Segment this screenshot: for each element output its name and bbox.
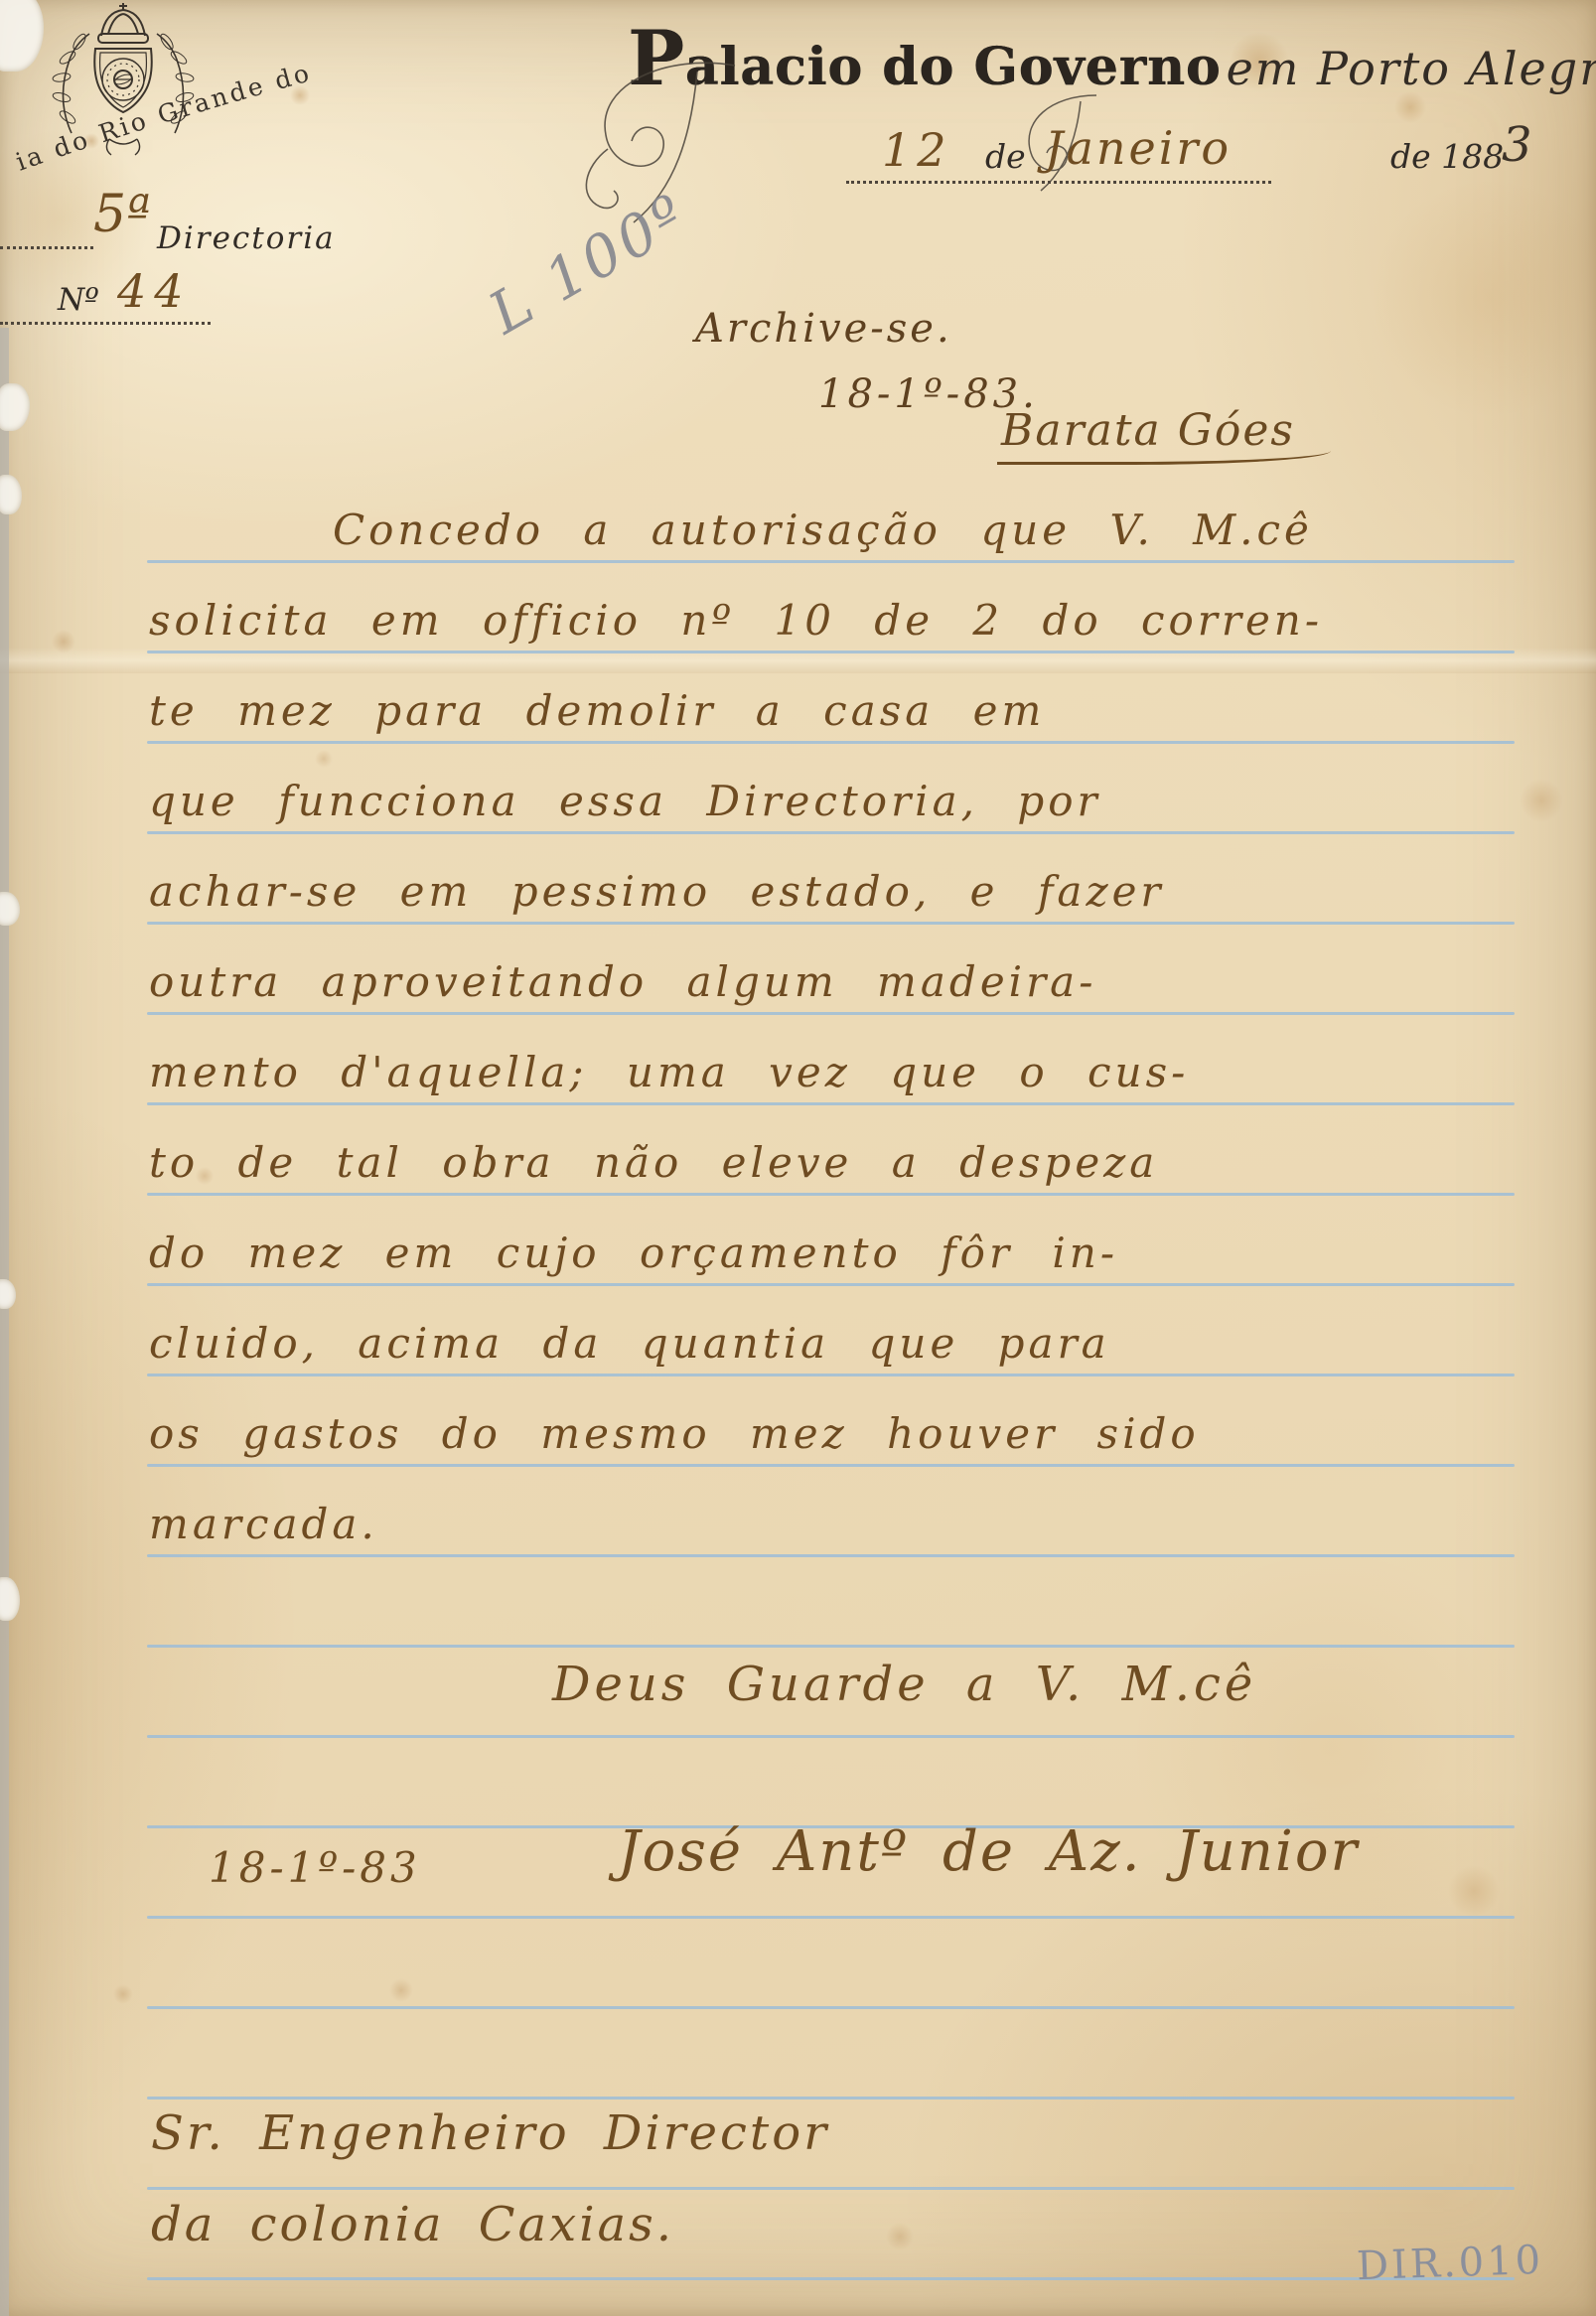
body-line: marcada. xyxy=(149,1487,378,1558)
directoria-number: 5ª xyxy=(93,185,151,244)
body-line: outra aproveitando algum madeira- xyxy=(149,944,1096,1016)
dotted-fill-line xyxy=(0,322,211,325)
province-arc-text: ia do Rio Grande do Sul, xyxy=(6,0,326,177)
scan-left-edge xyxy=(0,328,9,2316)
manuscript-page: ia do Rio Grande do Sul, 5ª Directoria N… xyxy=(0,0,1596,2316)
body-line: cluido, acima da quantia que para xyxy=(149,1306,1110,1377)
valediction: Deus Guarde a V. M.cê xyxy=(552,1657,1256,1712)
imperial-crest-icon: ia do Rio Grande do Sul, xyxy=(6,0,344,199)
archive-order-note: Archive-se. xyxy=(695,306,952,352)
closing-date: 18-1º-83 xyxy=(209,1843,421,1892)
addressee-line-2: da colonia Caxias. xyxy=(151,2197,674,2252)
body-line: achar-se em pessimo estado, e fazer xyxy=(149,854,1165,926)
ruled-line xyxy=(147,2006,1515,2009)
torn-edge-chip xyxy=(0,1279,16,1309)
clerk-signature: Barata Góes xyxy=(997,405,1331,465)
ruled-line xyxy=(147,2277,1515,2280)
ruled-line xyxy=(147,1735,1515,1738)
dotted-fill-line xyxy=(0,246,93,249)
ruled-line xyxy=(147,1645,1515,1648)
body-line: que funcciona essa Directoria, por xyxy=(149,764,1101,835)
date-year-digit: 3 xyxy=(1502,117,1532,173)
torn-edge-chip xyxy=(0,383,30,431)
body-line: os gastos do mesmo mez houver sido xyxy=(149,1396,1200,1468)
date-particle: de xyxy=(985,137,1026,176)
ruled-line xyxy=(147,1916,1515,1919)
body-line: solicita em officio nº 10 de 2 do corren… xyxy=(149,583,1323,654)
addressee-line-1: Sr. Engenheiro Director xyxy=(151,2105,829,2161)
ruled-line xyxy=(147,2187,1515,2190)
directoria-label: Directoria xyxy=(157,220,336,256)
torn-edge-chip xyxy=(0,892,20,926)
date-day: 12 xyxy=(882,123,952,177)
number-label: Nº xyxy=(58,282,99,318)
torn-edge-chip xyxy=(0,1577,20,1621)
date-particle-year: de 188 xyxy=(1390,137,1504,176)
torn-edge-chip xyxy=(0,475,22,514)
body-line: to de tal obra não eleve a despeza xyxy=(149,1125,1158,1197)
letterhead-location: em Porto Alegre. xyxy=(1227,42,1596,95)
body-line: do mez em cujo orçamento fôr in- xyxy=(149,1216,1118,1287)
letterhead: Palacio do Governo em Porto Alegre. xyxy=(628,14,1596,102)
body-line: te mez para demolir a casa em xyxy=(149,673,1045,745)
dotted-fill-line xyxy=(846,181,1271,184)
president-signature: José Antº de Az. Junior xyxy=(618,1819,1359,1884)
catalog-code-note: DIR.010 xyxy=(1356,2238,1544,2290)
ruled-line xyxy=(147,2097,1515,2099)
body-line: Concedo a autorisação que V. M.cê xyxy=(333,493,1313,564)
body-line: mento d'aquella; uma vez que o cus- xyxy=(149,1035,1189,1106)
number-value: 44 xyxy=(117,264,192,318)
date-month: Janeiro xyxy=(1045,121,1232,175)
